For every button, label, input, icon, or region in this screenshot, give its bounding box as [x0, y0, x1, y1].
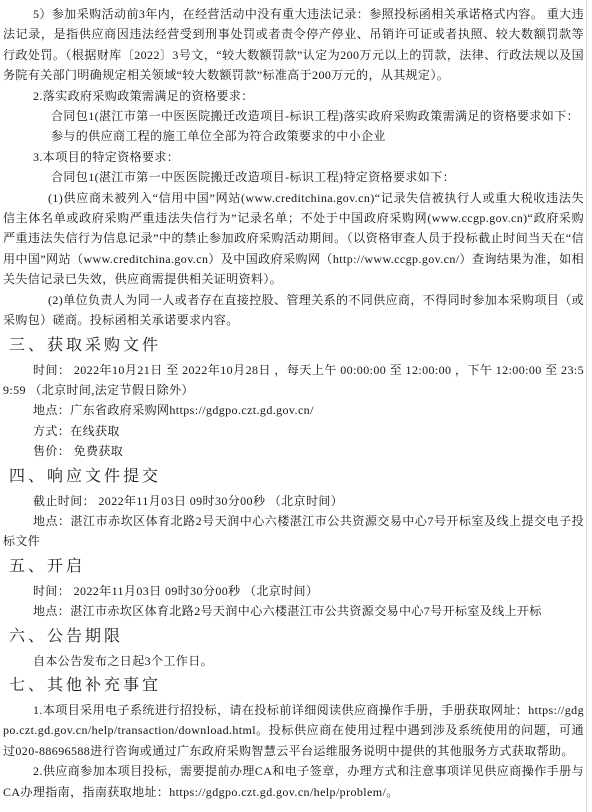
body-paragraph: 2.供应商参加本项目投标，需要提前办理CA和电子签章，办理方式和注意事项详见供应… — [3, 761, 584, 802]
section-heading: 六、公告期限 — [3, 626, 584, 648]
body-paragraph: 售价： 免费获取 — [3, 441, 584, 461]
body-paragraph: 方式：在线获取 — [3, 421, 584, 441]
body-paragraph: 地点：湛江市赤坎区体育北路2号天润中心六楼湛江市公共资源交易中心7号开标室及线上… — [3, 511, 584, 552]
body-paragraph: 时间： 2022年11月03日 09时30分00秒 （北京时间） — [3, 581, 584, 601]
body-paragraph: (2)单位负责人为同一人或者存在直接控股、管理关系的不同供应商，不得同时参加本采… — [3, 290, 584, 331]
body-paragraph: 地点：湛江市赤坎区体育北路2号天润中心六楼湛江市公共资源交易中心7号开标室及线上… — [3, 601, 584, 621]
body-paragraph: 3.本项目的特定资格要求： — [3, 147, 584, 167]
body-paragraph: 截止时间： 2022年11月03日 09时30分00秒 （北京时间） — [3, 491, 584, 511]
body-paragraph: 5）参加采购活动前3年内，在经营活动中没有重大违法记录：参照投标函相关承诺格式内… — [3, 4, 584, 86]
body-paragraph: 自本公告发布之日起3个工作日。 — [3, 651, 584, 671]
body-paragraph: 2.落实政府采购政策需满足的资格要求： — [3, 86, 584, 106]
body-paragraph: 地点：广东省政府采购网https://gdgpo.czt.gd.gov.cn/ — [3, 400, 584, 420]
body-paragraph: 合同包1(湛江市第一中医医院搬迁改造项目-标识工程)落实政府采购政策需满足的资格… — [3, 106, 584, 126]
body-paragraph: (1)供应商未被列入“信用中国”网站(www.creditchina.gov.c… — [3, 188, 584, 290]
section-heading: 三、获取采购文件 — [3, 335, 584, 357]
document-page: 5）参加采购活动前3年内，在经营活动中没有重大违法记录：参照投标函相关承诺格式内… — [0, 0, 592, 812]
section-heading: 五、开启 — [3, 556, 584, 578]
body-paragraph: 1.本项目采用电子系统进行招投标，请在投标前详细阅读供应商操作手册，手册获取网址… — [3, 700, 584, 761]
section-heading: 七、其他补充事宜 — [3, 675, 584, 697]
page-edge-divider — [586, 0, 587, 812]
announcement-body: 5）参加采购活动前3年内，在经营活动中没有重大违法记录：参照投标函相关承诺格式内… — [3, 4, 584, 802]
body-paragraph: 参与的供应商工程的施工单位全部为符合政策要求的中小企业 — [3, 126, 584, 146]
body-paragraph: 合同包1(湛江市第一中医医院搬迁改造项目-标识工程)特定资格要求如下： — [3, 167, 584, 187]
section-heading: 四、响应文件提交 — [3, 466, 584, 488]
body-paragraph: 时间： 2022年10月21日 至 2022年10月28日 ，每天上午 00:0… — [3, 360, 584, 401]
